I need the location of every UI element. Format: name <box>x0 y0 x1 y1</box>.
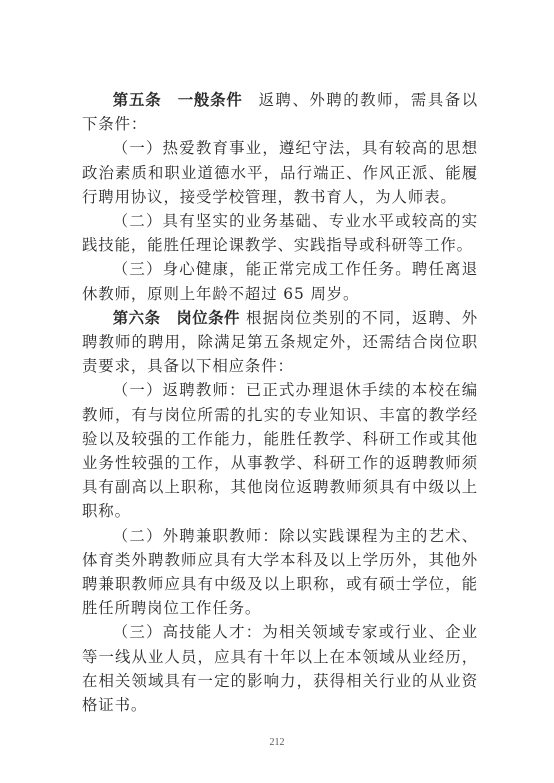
article-6-heading: 第六条 岗位条件 <box>113 309 240 327</box>
article-5-item-1: （一）热爱教育事业，遵纪守法，具有较高的思想政治素质和职业道德水平，品行端正、作… <box>82 136 478 209</box>
page-number: 212 <box>0 737 554 748</box>
article-6-paragraph: 第六条 岗位条件 根据岗位类别的不同，返聘、外聘教师的聘用，除满足第五条规定外，… <box>82 306 478 379</box>
article-6-item-3: （三）高技能人才：为相关领域专家或行业、企业等一线从业人员，应具有十年以上在本领… <box>82 620 478 717</box>
paragraph-text: （三）高技能人才：为相关领域专家或行业、企业等一线从业人员，应具有十年以上在本领… <box>82 623 478 714</box>
paragraph-text: （二）具有坚实的业务基础、专业水平或较高的实践技能，能胜任理论课教学、实践指导或… <box>82 212 478 254</box>
article-5-item-3: （三）身心健康，能正常完成工作任务。聘任离退休教师，原则上年龄不超过 65 周岁… <box>82 257 478 305</box>
paragraph-text: （二）外聘兼职教师：除以实践课程为主的艺术、体育类外聘教师应具有大学本科及以上学… <box>82 527 478 618</box>
paragraph-text: （一）返聘教师：已正式办理退休手续的本校在编教师，有与岗位所需的扎实的专业知识、… <box>82 381 478 520</box>
article-5-item-2: （二）具有坚实的业务基础、专业水平或较高的实践技能，能胜任理论课教学、实践指导或… <box>82 209 478 257</box>
article-5-paragraph: 第五条 一般条件返聘、外聘的教师，需具备以下条件： <box>82 88 478 136</box>
article-6-item-2: （二）外聘兼职教师：除以实践课程为主的艺术、体育类外聘教师应具有大学本科及以上学… <box>82 524 478 621</box>
document-body: 第五条 一般条件返聘、外聘的教师，需具备以下条件： （一）热爱教育事业，遵纪守法… <box>82 88 478 717</box>
paragraph-text: （三）身心健康，能正常完成工作任务。聘任离退休教师，原则上年龄不超过 65 周岁… <box>82 260 478 302</box>
paragraph-text: （一）热爱教育事业，遵纪守法，具有较高的思想政治素质和职业道德水平，品行端正、作… <box>82 139 478 205</box>
article-6-item-1: （一）返聘教师：已正式办理退休手续的本校在编教师，有与岗位所需的扎实的专业知识、… <box>82 378 478 523</box>
article-5-heading: 第五条 一般条件 <box>113 91 243 109</box>
